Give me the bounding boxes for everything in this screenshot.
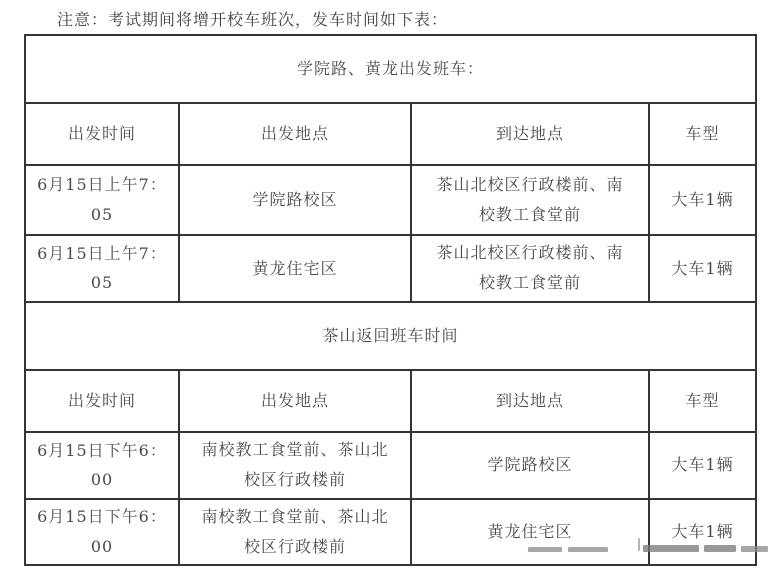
- cell-arrive-place: 茶山北校区行政楼前、南校教工食堂前: [411, 235, 649, 302]
- cell-arrive-place-text: 茶山北校区行政楼前、南校教工食堂前: [429, 170, 631, 231]
- cell-depart-time: 6月15日上午7：05: [25, 235, 179, 302]
- watermark-fragment: [741, 546, 768, 552]
- table-row: 6月15日上午7：05 黄龙住宅区 茶山北校区行政楼前、南校教工食堂前 大车1辆: [25, 235, 756, 302]
- watermark-fragment: [568, 547, 608, 552]
- cell-depart-place-text: 南校教工食堂前、茶山北校区行政楼前: [194, 435, 396, 496]
- section2-header-row: 出发时间 出发地点 到达地点 车型: [25, 370, 756, 432]
- column-header-arrive-place: 到达地点: [411, 103, 649, 165]
- cell-arrive-place: 茶山北校区行政楼前、南校教工食堂前: [411, 165, 649, 235]
- column-header-depart-place: 出发地点: [179, 103, 411, 165]
- watermark-fragment: [638, 538, 640, 551]
- bus-schedule-table: 学院路、黄龙出发班车： 出发时间 出发地点 到达地点 车型 6月15日上午7：0…: [24, 34, 757, 566]
- cell-depart-time: 6月15日上午7：05: [25, 165, 179, 235]
- cell-vehicle: 大车1辆: [649, 499, 756, 566]
- cell-depart-time: 6月15日下午6：00: [25, 499, 179, 566]
- column-header-depart-place: 出发地点: [179, 370, 411, 432]
- table-row: 6月15日下午6：00 南校教工食堂前、茶山北校区行政楼前 学院路校区 大车1辆: [25, 432, 756, 499]
- cell-depart-place: 黄龙住宅区: [179, 235, 411, 302]
- cell-depart-place-text: 南校教工食堂前、茶山北校区行政楼前: [194, 502, 396, 563]
- watermark-fragment: [704, 545, 736, 552]
- section2-title-row: 茶山返回班车时间: [25, 302, 756, 370]
- cell-vehicle: 大车1辆: [649, 165, 756, 235]
- note-text: 注意：考试期间将增开校车班次，发车时间如下表：: [57, 7, 448, 30]
- cell-depart-place: 学院路校区: [179, 165, 411, 235]
- cell-arrive-place-text: 茶山北校区行政楼前、南校教工食堂前: [429, 238, 631, 299]
- cell-arrive-place: 黄龙住宅区: [411, 499, 649, 566]
- column-header-depart-time: 出发时间: [25, 103, 179, 165]
- section1-title-row: 学院路、黄龙出发班车：: [25, 35, 756, 103]
- section2-title: 茶山返回班车时间: [25, 302, 756, 370]
- watermark-fragment: [643, 545, 699, 552]
- section1-title: 学院路、黄龙出发班车：: [25, 35, 756, 103]
- section1-header-row: 出发时间 出发地点 到达地点 车型: [25, 103, 756, 165]
- cell-vehicle: 大车1辆: [649, 432, 756, 499]
- table-row: 6月15日下午6：00 南校教工食堂前、茶山北校区行政楼前 黄龙住宅区 大车1辆: [25, 499, 756, 566]
- table-row: 6月15日上午7：05 学院路校区 茶山北校区行政楼前、南校教工食堂前 大车1辆: [25, 165, 756, 235]
- cell-depart-place: 南校教工食堂前、茶山北校区行政楼前: [179, 499, 411, 566]
- cell-depart-time: 6月15日下午6：00: [25, 432, 179, 499]
- column-header-arrive-place: 到达地点: [411, 370, 649, 432]
- cell-arrive-place: 学院路校区: [411, 432, 649, 499]
- cell-depart-place: 南校教工食堂前、茶山北校区行政楼前: [179, 432, 411, 499]
- watermark-fragment: [528, 547, 562, 552]
- column-header-depart-time: 出发时间: [25, 370, 179, 432]
- cell-vehicle: 大车1辆: [649, 235, 756, 302]
- column-header-vehicle: 车型: [649, 370, 756, 432]
- column-header-vehicle: 车型: [649, 103, 756, 165]
